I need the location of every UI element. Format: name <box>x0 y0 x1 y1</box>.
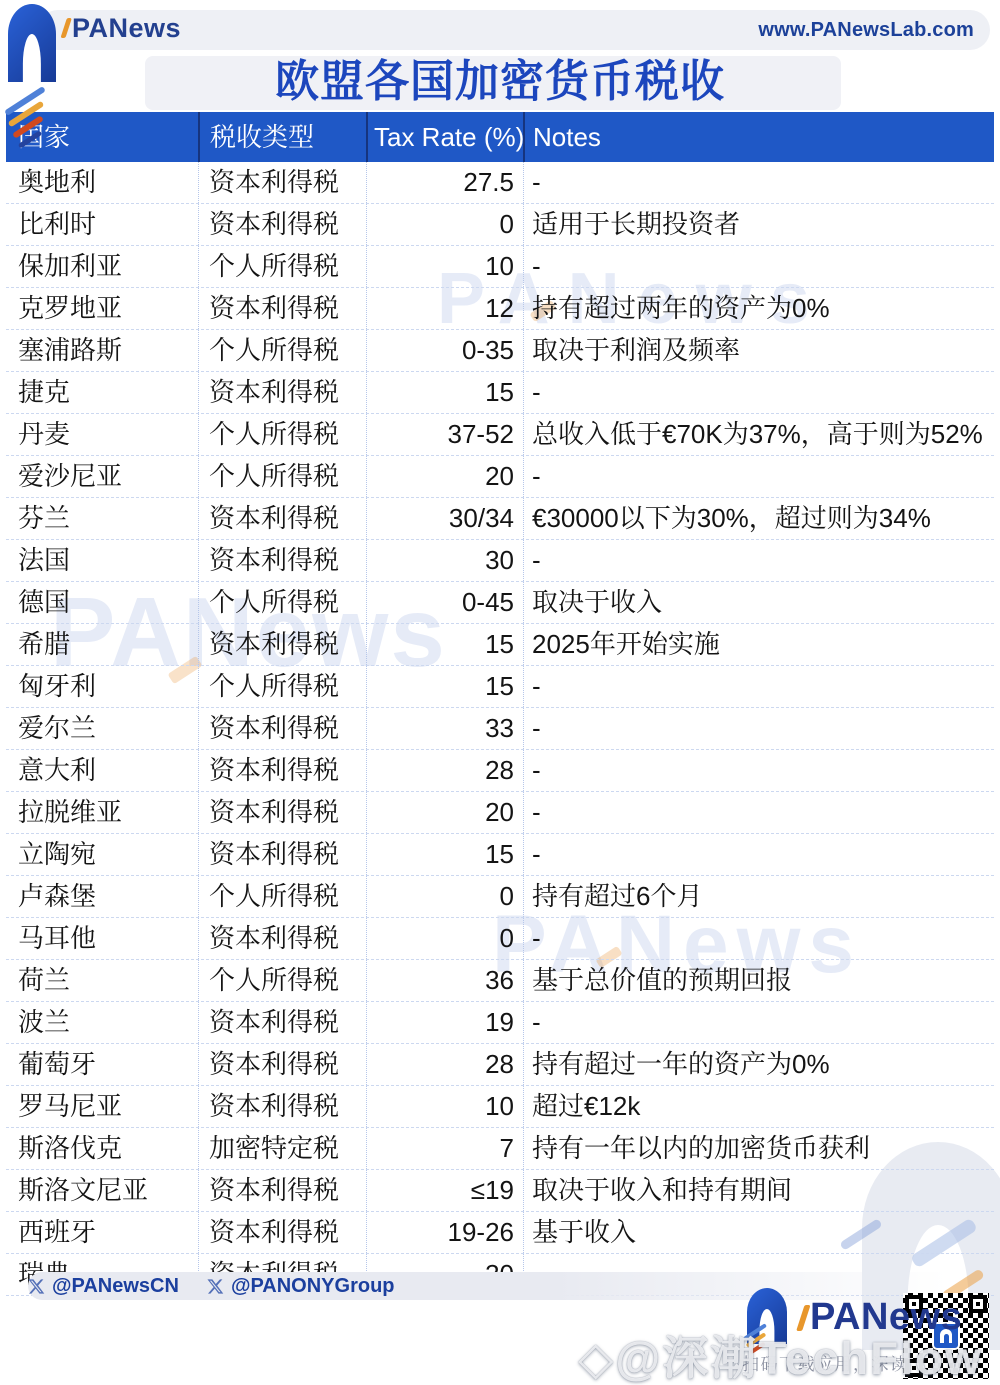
cell-notes: - <box>523 456 994 497</box>
cell-country: 斯洛文尼亚 <box>6 1170 198 1211</box>
cell-country: 捷克 <box>6 372 198 413</box>
cell-country: 希腊 <box>6 624 198 665</box>
cell-notes: 适用于长期投资者 <box>523 204 994 245</box>
table-row: 马耳他 资本利得税 0 - <box>6 918 994 960</box>
cell-tax-type: 资本利得税 <box>198 1044 366 1085</box>
table-row: 波兰 资本利得税 19 - <box>6 1002 994 1044</box>
cell-country: 法国 <box>6 540 198 581</box>
cell-notes: 取决于利润及频率 <box>523 330 994 371</box>
cell-country: 丹麦 <box>6 414 198 455</box>
cell-tax-rate: 7 <box>366 1128 523 1169</box>
cell-tax-rate: 10 <box>366 246 523 287</box>
table-row: 塞浦路斯 个人所得税 0-35 取决于利润及频率 <box>6 330 994 372</box>
cell-tax-type: 个人所得税 <box>198 246 366 287</box>
table-row: 立陶宛 资本利得税 15 - <box>6 834 994 876</box>
cell-notes: 2025年开始实施 <box>523 624 994 665</box>
page-title: 欧盟各国加密货币税收 <box>0 54 1000 110</box>
cell-tax-type: 资本利得税 <box>198 918 366 959</box>
cell-country: 拉脱维亚 <box>6 792 198 833</box>
column-header-tax-rate: Tax Rate (%) <box>366 112 523 162</box>
social-handle[interactable]: @PANewsCN <box>28 1275 179 1298</box>
table-row: 斯洛伐克 加密特定税 7 持有一年以内的加密货币获利 <box>6 1128 994 1170</box>
cell-tax-rate: 36 <box>366 960 523 1001</box>
cell-country: 匈牙利 <box>6 666 198 707</box>
cell-tax-type: 资本利得税 <box>198 204 366 245</box>
cell-tax-type: 资本利得税 <box>198 540 366 581</box>
cell-tax-rate: 0-45 <box>366 582 523 623</box>
table-row: 西班牙 资本利得税 19-26 基于收入 <box>6 1212 994 1254</box>
cell-tax-type: 个人所得税 <box>198 414 366 455</box>
cell-tax-rate: 15 <box>366 372 523 413</box>
cell-notes: €30000以下为30%，超过则为34% <box>523 498 994 539</box>
cell-tax-type: 个人所得税 <box>198 582 366 623</box>
table-row: 丹麦 个人所得税 37-52 总收入低于€70K为37%，高于则为52% <box>6 414 994 456</box>
table-row: 拉脱维亚 资本利得税 20 - <box>6 792 994 834</box>
cell-notes: - <box>523 918 994 959</box>
cell-tax-type: 加密特定税 <box>198 1128 366 1169</box>
cell-notes: - <box>523 372 994 413</box>
cell-country: 葡萄牙 <box>6 1044 198 1085</box>
table-row: 比利时 资本利得税 0 适用于长期投资者 <box>6 204 994 246</box>
cell-tax-type: 资本利得税 <box>198 1170 366 1211</box>
table-header-row: 国家 税收类型 Tax Rate (%) Notes <box>6 112 994 162</box>
cell-country: 爱尔兰 <box>6 708 198 749</box>
cell-tax-rate: 20 <box>366 792 523 833</box>
cell-notes: - <box>523 162 994 203</box>
table-row: 德国 个人所得税 0-45 取决于收入 <box>6 582 994 624</box>
cell-tax-rate: 0-35 <box>366 330 523 371</box>
cell-tax-rate: 15 <box>366 666 523 707</box>
cell-tax-type: 个人所得税 <box>198 330 366 371</box>
website-url[interactable]: www.PANewsLab.com <box>758 19 974 42</box>
cell-tax-rate: 20 <box>366 456 523 497</box>
cell-tax-rate: 15 <box>366 624 523 665</box>
cell-notes: - <box>523 750 994 791</box>
cell-country: 卢森堡 <box>6 876 198 917</box>
cell-tax-rate: 27.5 <box>366 162 523 203</box>
panews-logo-icon <box>8 4 56 82</box>
table-row: 爱尔兰 资本利得税 33 - <box>6 708 994 750</box>
cell-tax-rate: 0 <box>366 918 523 959</box>
table-row: 希腊 资本利得税 15 2025年开始实施 <box>6 624 994 666</box>
cell-tax-rate: ≤19 <box>366 1170 523 1211</box>
tax-table: 国家 税收类型 Tax Rate (%) Notes 奥地利 资本利得税 27.… <box>6 112 994 1296</box>
cell-tax-rate: 30/34 <box>366 498 523 539</box>
cell-country: 意大利 <box>6 750 198 791</box>
cell-notes: 超过€12k <box>523 1086 994 1127</box>
cell-tax-type: 资本利得税 <box>198 372 366 413</box>
techflow-credit-watermark: ◇@深潮TechFlow <box>578 1322 983 1385</box>
table-row: 意大利 资本利得税 28 - <box>6 750 994 792</box>
cell-country: 德国 <box>6 582 198 623</box>
cell-country: 塞浦路斯 <box>6 330 198 371</box>
table-row: 芬兰 资本利得税 30/34 €30000以下为30%，超过则为34% <box>6 498 994 540</box>
cell-notes: 持有超过一年的资产为0% <box>523 1044 994 1085</box>
cell-country: 保加利亚 <box>6 246 198 287</box>
cell-country: 西班牙 <box>6 1212 198 1253</box>
cell-country: 立陶宛 <box>6 834 198 875</box>
table-body: 奥地利 资本利得税 27.5 - 比利时 资本利得税 0 适用于长期投资者 保加… <box>6 162 994 1296</box>
table-row: 法国 资本利得税 30 - <box>6 540 994 582</box>
cell-tax-rate: 10 <box>366 1086 523 1127</box>
column-header-tax-type: 税收类型 <box>198 112 366 162</box>
cell-notes: 持有超过6个月 <box>523 876 994 917</box>
cell-notes: - <box>523 834 994 875</box>
social-handle[interactable]: @PANONYGroup <box>207 1275 395 1298</box>
column-header-notes: Notes <box>523 112 994 162</box>
cell-notes: 基于总价值的预期回报 <box>523 960 994 1001</box>
cell-tax-rate: 0 <box>366 876 523 917</box>
table-row: 斯洛文尼亚 资本利得税 ≤19 取决于收入和持有期间 <box>6 1170 994 1212</box>
cell-tax-rate: 28 <box>366 750 523 791</box>
panews-wordmark-text: PANews <box>72 13 181 43</box>
cell-tax-type: 资本利得税 <box>198 498 366 539</box>
cell-country: 斯洛伐克 <box>6 1128 198 1169</box>
table-row: 克罗地亚 资本利得税 12 持有超过两年的资产为0% <box>6 288 994 330</box>
cell-tax-rate: 28 <box>366 1044 523 1085</box>
table-row: 保加利亚 个人所得税 10 - <box>6 246 994 288</box>
cell-tax-type: 资本利得税 <box>198 1002 366 1043</box>
cell-tax-rate: 30 <box>366 540 523 581</box>
cell-tax-type: 资本利得税 <box>198 1086 366 1127</box>
social-handle-label: @PANONYGroup <box>231 1275 395 1298</box>
cell-country: 芬兰 <box>6 498 198 539</box>
table-row: 葡萄牙 资本利得税 28 持有超过一年的资产为0% <box>6 1044 994 1086</box>
cell-country: 爱沙尼亚 <box>6 456 198 497</box>
cell-tax-type: 资本利得税 <box>198 834 366 875</box>
cell-notes: - <box>523 792 994 833</box>
cell-tax-rate: 19 <box>366 1002 523 1043</box>
x-twitter-icon <box>28 1278 45 1295</box>
cell-tax-type: 资本利得税 <box>198 708 366 749</box>
cell-tax-rate: 19-26 <box>366 1212 523 1253</box>
cell-tax-type: 资本利得税 <box>198 750 366 791</box>
cell-notes: 持有一年以内的加密货币获利 <box>523 1128 994 1169</box>
cell-country: 马耳他 <box>6 918 198 959</box>
cell-notes: 取决于收入 <box>523 582 994 623</box>
x-twitter-icon <box>207 1278 224 1295</box>
cell-tax-type: 个人所得税 <box>198 666 366 707</box>
cell-notes: - <box>523 1002 994 1043</box>
cell-tax-rate: 12 <box>366 288 523 329</box>
table-row: 爱沙尼亚 个人所得税 20 - <box>6 456 994 498</box>
cell-tax-type: 资本利得税 <box>198 162 366 203</box>
cell-country: 荷兰 <box>6 960 198 1001</box>
cell-country: 奥地利 <box>6 162 198 203</box>
cell-notes: - <box>523 246 994 287</box>
cell-notes: - <box>523 540 994 581</box>
cell-tax-type: 个人所得税 <box>198 960 366 1001</box>
cell-country: 波兰 <box>6 1002 198 1043</box>
cell-tax-type: 个人所得税 <box>198 876 366 917</box>
panews-infographic: PANews PANews PANews www.PANewsLab.com P… <box>0 0 1000 1385</box>
cell-notes: 持有超过两年的资产为0% <box>523 288 994 329</box>
cell-notes: 取决于收入和持有期间 <box>523 1170 994 1211</box>
cell-country: 比利时 <box>6 204 198 245</box>
cell-country: 克罗地亚 <box>6 288 198 329</box>
cell-country: 罗马尼亚 <box>6 1086 198 1127</box>
cell-notes: - <box>523 708 994 749</box>
cell-tax-rate: 0 <box>366 204 523 245</box>
cell-notes: - <box>523 666 994 707</box>
cell-tax-rate: 37-52 <box>366 414 523 455</box>
cell-tax-type: 资本利得税 <box>198 1212 366 1253</box>
cell-notes: 基于收入 <box>523 1212 994 1253</box>
panews-wordmark: PANews <box>64 13 181 44</box>
table-row: 卢森堡 个人所得税 0 持有超过6个月 <box>6 876 994 918</box>
table-row: 匈牙利 个人所得税 15 - <box>6 666 994 708</box>
cell-tax-rate: 15 <box>366 834 523 875</box>
social-handle-label: @PANewsCN <box>52 1275 179 1298</box>
table-row: 罗马尼亚 资本利得税 10 超过€12k <box>6 1086 994 1128</box>
cell-notes: 总收入低于€70K为37%，高于则为52% <box>523 414 994 455</box>
cell-tax-type: 资本利得税 <box>198 624 366 665</box>
cell-tax-type: 资本利得税 <box>198 288 366 329</box>
qr-finder-pattern <box>969 1295 987 1313</box>
table-row: 捷克 资本利得税 15 - <box>6 372 994 414</box>
cell-tax-type: 个人所得税 <box>198 456 366 497</box>
table-row: 荷兰 个人所得税 36 基于总价值的预期回报 <box>6 960 994 1002</box>
table-row: 奥地利 资本利得税 27.5 - <box>6 162 994 204</box>
cell-tax-rate: 33 <box>366 708 523 749</box>
cell-tax-type: 资本利得税 <box>198 792 366 833</box>
